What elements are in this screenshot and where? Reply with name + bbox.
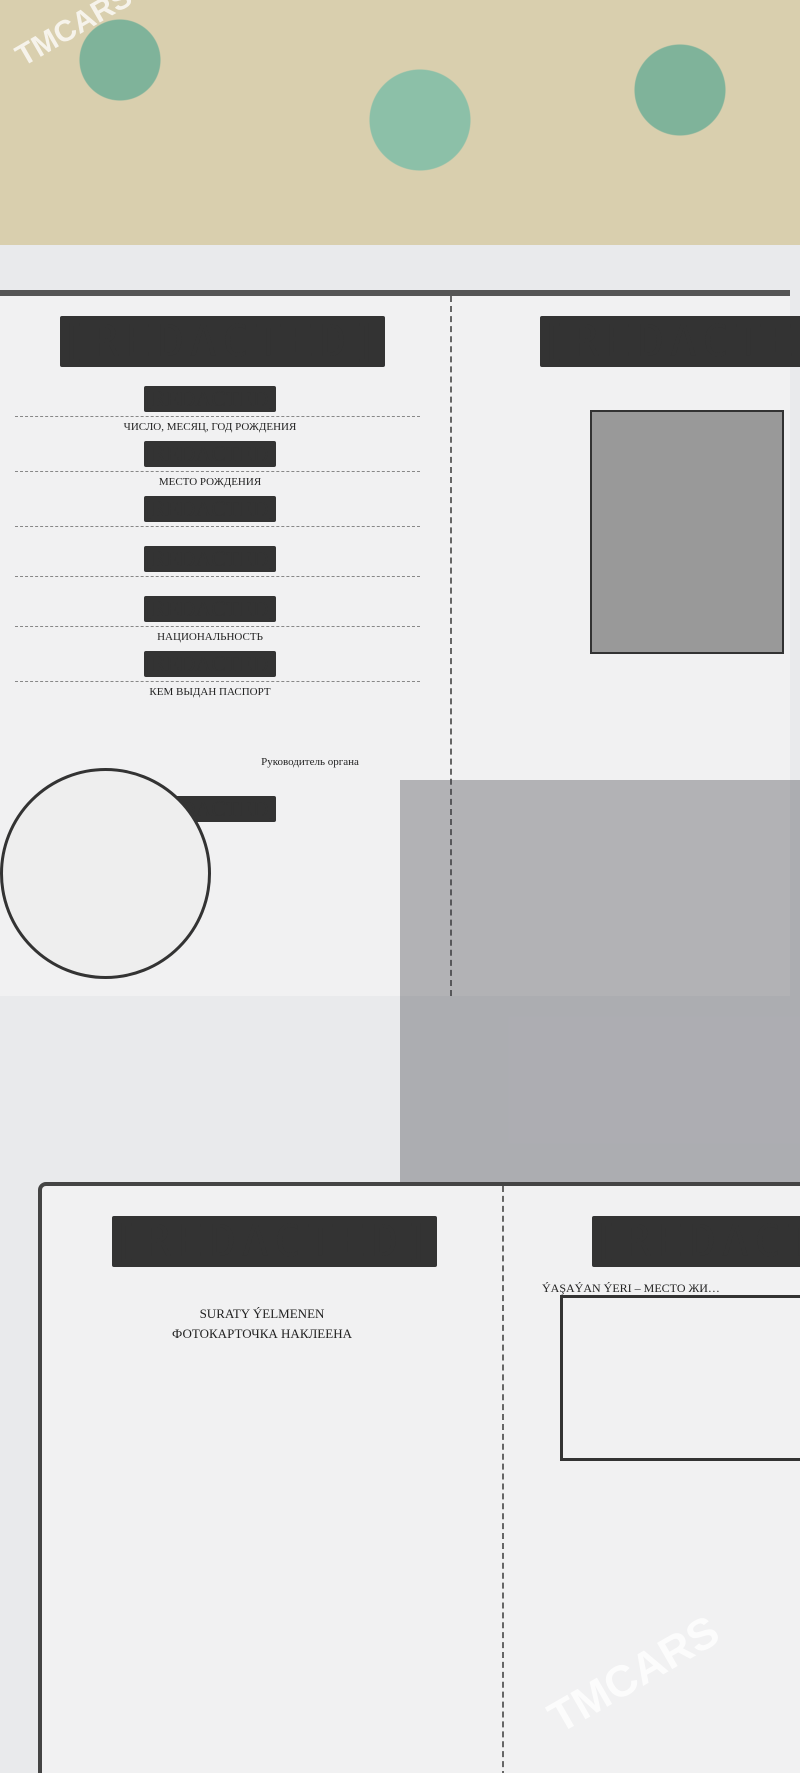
signature-label: Руководитель органа	[250, 756, 370, 768]
field-value: [REDACTED]	[0, 386, 420, 412]
field-value: [REDACTED]	[0, 596, 420, 622]
field-value: [REDACTED]	[0, 651, 420, 677]
field-rule	[15, 626, 420, 627]
field-rule	[15, 681, 420, 682]
serial-number-lower-right: [REDACTED]	[592, 1216, 800, 1267]
holder-photo	[590, 410, 784, 654]
residence-stamp	[560, 1295, 800, 1461]
page-divider	[502, 1186, 504, 1773]
field-label: ЧИСЛО, МЕСЯЦ, ГОД РОЖДЕНИЯ	[0, 421, 420, 433]
residence-heading: ÝAŞAÝAN ÝERI – МЕСТО ЖИ…	[542, 1281, 800, 1296]
field-value: [REDACTED]	[0, 496, 420, 522]
field-rule	[15, 416, 420, 417]
field-label: МЕСТО РОЖДЕНИЯ	[0, 476, 420, 488]
photo-caption-tk: SURATY ÝELMENEN	[42, 1306, 482, 1322]
field-value: [REDACTED]	[0, 546, 420, 572]
official-seal	[0, 768, 211, 979]
field-rule	[15, 576, 420, 577]
serial-number-left: [REDACTED]	[60, 316, 385, 367]
passport-page-lower: [REDACTED] [REDACTED] SURATY ÝELMENEN ФО…	[38, 1182, 800, 1773]
photo-caption-ru: ФОТОКАРТОЧКА НАКЛЕЕНА	[42, 1326, 482, 1342]
fabric-background	[0, 0, 800, 260]
field-rule	[15, 526, 420, 527]
field-rule	[15, 471, 420, 472]
field-label: НАЦИОНАЛЬНОСТЬ	[0, 631, 420, 643]
field-value: [REDACTED]	[0, 441, 420, 467]
serial-number-right: [REDACTED]	[540, 316, 800, 367]
serial-number-lower-left: [REDACTED]	[112, 1216, 437, 1267]
field-label: КЕМ ВЫДАН ПАСПОРТ	[0, 686, 420, 698]
